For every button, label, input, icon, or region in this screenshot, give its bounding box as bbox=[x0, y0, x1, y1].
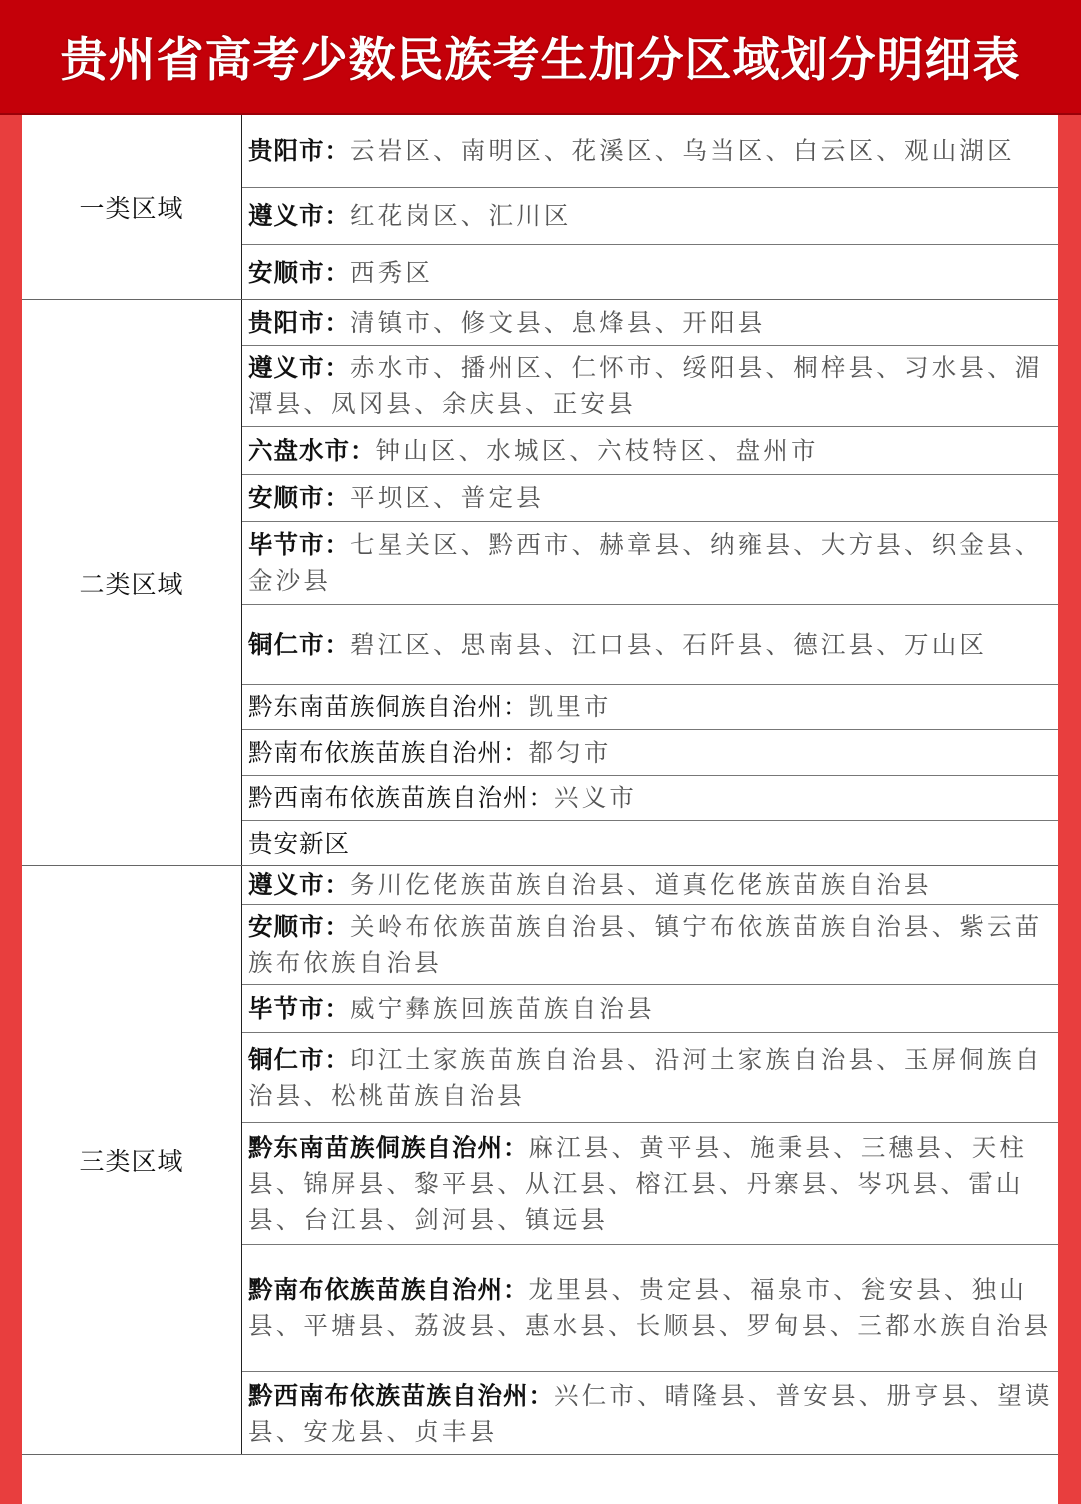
city-name: 遵义市： bbox=[248, 201, 350, 230]
title-bar: 贵州省高考少数民族考生加分区域划分明细表 bbox=[0, 0, 1081, 115]
region-1: 一类区域 贵阳市：云岩区、南明区、花溪区、乌当区、白云区、观山湖区 遵义市：红花… bbox=[22, 115, 1058, 300]
table-row: 贵安新区 bbox=[242, 821, 1058, 866]
table-row: 六盘水市：钟山区、水城区、六枝特区、盘州市 bbox=[242, 427, 1058, 475]
prefecture-name: 黔东南苗族侗族自治州： bbox=[248, 1133, 529, 1162]
region-label: 二类区域 bbox=[22, 300, 242, 865]
table-row: 黔东南苗族侗族自治州：凯里市 bbox=[242, 685, 1058, 730]
city-name: 铜仁市： bbox=[248, 1045, 350, 1074]
prefecture-name: 黔南布依族苗族自治州： bbox=[248, 1275, 529, 1304]
table-row: 贵阳市：云岩区、南明区、花溪区、乌当区、白云区、观山湖区 bbox=[242, 115, 1058, 188]
table-row: 遵义市：赤水市、播州区、仁怀市、绥阳县、桐梓县、习水县、湄潭县、凤冈县、余庆县、… bbox=[242, 346, 1058, 427]
table-row: 黔南布依族苗族自治州：都匀市 bbox=[242, 730, 1058, 776]
zone-table: 一类区域 贵阳市：云岩区、南明区、花溪区、乌当区、白云区、观山湖区 遵义市：红花… bbox=[22, 115, 1058, 1504]
area-list: 赤水市、播州区、仁怀市、绥阳县、桐梓县、习水县、湄潭县、凤冈县、余庆县、正安县 bbox=[248, 353, 1043, 418]
area-list: 碧江区、思南县、江口县、石阡县、德江县、万山区 bbox=[350, 630, 987, 659]
area-list: 红花岗区、汇川区 bbox=[350, 201, 572, 230]
prefecture-name: 黔西南布依族苗族自治州： bbox=[248, 783, 554, 812]
area-list: 威宁彝族回族苗族自治县 bbox=[350, 994, 655, 1023]
table-row: 遵义市：务川仡佬族苗族自治县、道真仡佬族苗族自治县 bbox=[242, 866, 1058, 905]
area-list: 七星关区、黔西市、赫章县、纳雍县、大方县、织金县、金沙县 bbox=[248, 530, 1043, 595]
table-row: 毕节市：威宁彝族回族苗族自治县 bbox=[242, 985, 1058, 1033]
city-name: 六盘水市： bbox=[248, 436, 376, 465]
area-list: 平坝区、普定县 bbox=[350, 483, 544, 512]
prefecture-name: 黔东南苗族侗族自治州： bbox=[248, 692, 529, 721]
area-list: 清镇市、修文县、息烽县、开阳县 bbox=[350, 308, 766, 337]
area-list: 关岭布依族苗族自治县、镇宁布依族苗族自治县、紫云苗族布依族自治县 bbox=[248, 912, 1043, 977]
city-name: 贵阳市： bbox=[248, 308, 350, 337]
city-name: 遵义市： bbox=[248, 870, 350, 899]
city-name: 安顺市： bbox=[248, 483, 350, 512]
table-row: 毕节市：七星关区、黔西市、赫章县、纳雍县、大方县、织金县、金沙县 bbox=[242, 522, 1058, 605]
table-row: 黔南布依族苗族自治州：龙里县、贵定县、福泉市、瓮安县、独山县、平塘县、荔波县、惠… bbox=[242, 1245, 1058, 1372]
region-label: 三类区域 bbox=[22, 866, 242, 1454]
city-name: 毕节市： bbox=[248, 994, 350, 1023]
table-row: 黔东南苗族侗族自治州：麻江县、黄平县、施秉县、三穗县、天柱县、锦屏县、黎平县、从… bbox=[242, 1123, 1058, 1245]
table-row: 安顺市：西秀区 bbox=[242, 245, 1058, 300]
area-list: 务川仡佬族苗族自治县、道真仡佬族苗族自治县 bbox=[350, 870, 932, 899]
table-row: 黔西南布依族苗族自治州：兴仁市、晴隆县、普安县、册亨县、望谟县、安龙县、贞丰县 bbox=[242, 1372, 1058, 1455]
city-name: 遵义市： bbox=[248, 353, 350, 382]
page-title: 贵州省高考少数民族考生加分区域划分明细表 bbox=[61, 23, 1021, 90]
prefecture-name: 黔西南布依族苗族自治州： bbox=[248, 1381, 554, 1410]
region-3: 三类区域 遵义市：务川仡佬族苗族自治县、道真仡佬族苗族自治县 安顺市：关岭布依族… bbox=[22, 866, 1058, 1455]
area-list: 西秀区 bbox=[350, 258, 433, 287]
district-name: 贵安新区 bbox=[248, 829, 350, 858]
area-list: 凯里市 bbox=[529, 692, 612, 721]
prefecture-name: 黔南布依族苗族自治州： bbox=[248, 738, 529, 767]
table-row: 黔西南布依族苗族自治州：兴义市 bbox=[242, 776, 1058, 821]
city-name: 毕节市： bbox=[248, 530, 350, 559]
region-2: 二类区域 贵阳市：清镇市、修文县、息烽县、开阳县 遵义市：赤水市、播州区、仁怀市… bbox=[22, 300, 1058, 866]
city-name: 安顺市： bbox=[248, 912, 350, 941]
city-name: 安顺市： bbox=[248, 258, 350, 287]
area-list: 印江土家族苗族自治县、沿河土家族自治县、玉屏侗族自治县、松桃苗族自治县 bbox=[248, 1045, 1043, 1110]
table-row: 铜仁市：印江土家族苗族自治县、沿河土家族自治县、玉屏侗族自治县、松桃苗族自治县 bbox=[242, 1033, 1058, 1123]
table-row: 安顺市：平坝区、普定县 bbox=[242, 475, 1058, 522]
city-name: 铜仁市： bbox=[248, 630, 350, 659]
area-list: 云岩区、南明区、花溪区、乌当区、白云区、观山湖区 bbox=[350, 136, 1015, 165]
table-row: 铜仁市：碧江区、思南县、江口县、石阡县、德江县、万山区 bbox=[242, 605, 1058, 685]
table-row: 贵阳市：清镇市、修文县、息烽县、开阳县 bbox=[242, 300, 1058, 346]
table-row: 遵义市：红花岗区、汇川区 bbox=[242, 188, 1058, 245]
area-list: 兴义市 bbox=[554, 783, 637, 812]
table-row: 安顺市：关岭布依族苗族自治县、镇宁布依族苗族自治县、紫云苗族布依族自治县 bbox=[242, 905, 1058, 985]
area-list: 钟山区、水城区、六枝特区、盘州市 bbox=[376, 436, 819, 465]
city-name: 贵阳市： bbox=[248, 136, 350, 165]
region-label: 一类区域 bbox=[22, 115, 242, 299]
area-list: 都匀市 bbox=[529, 738, 612, 767]
